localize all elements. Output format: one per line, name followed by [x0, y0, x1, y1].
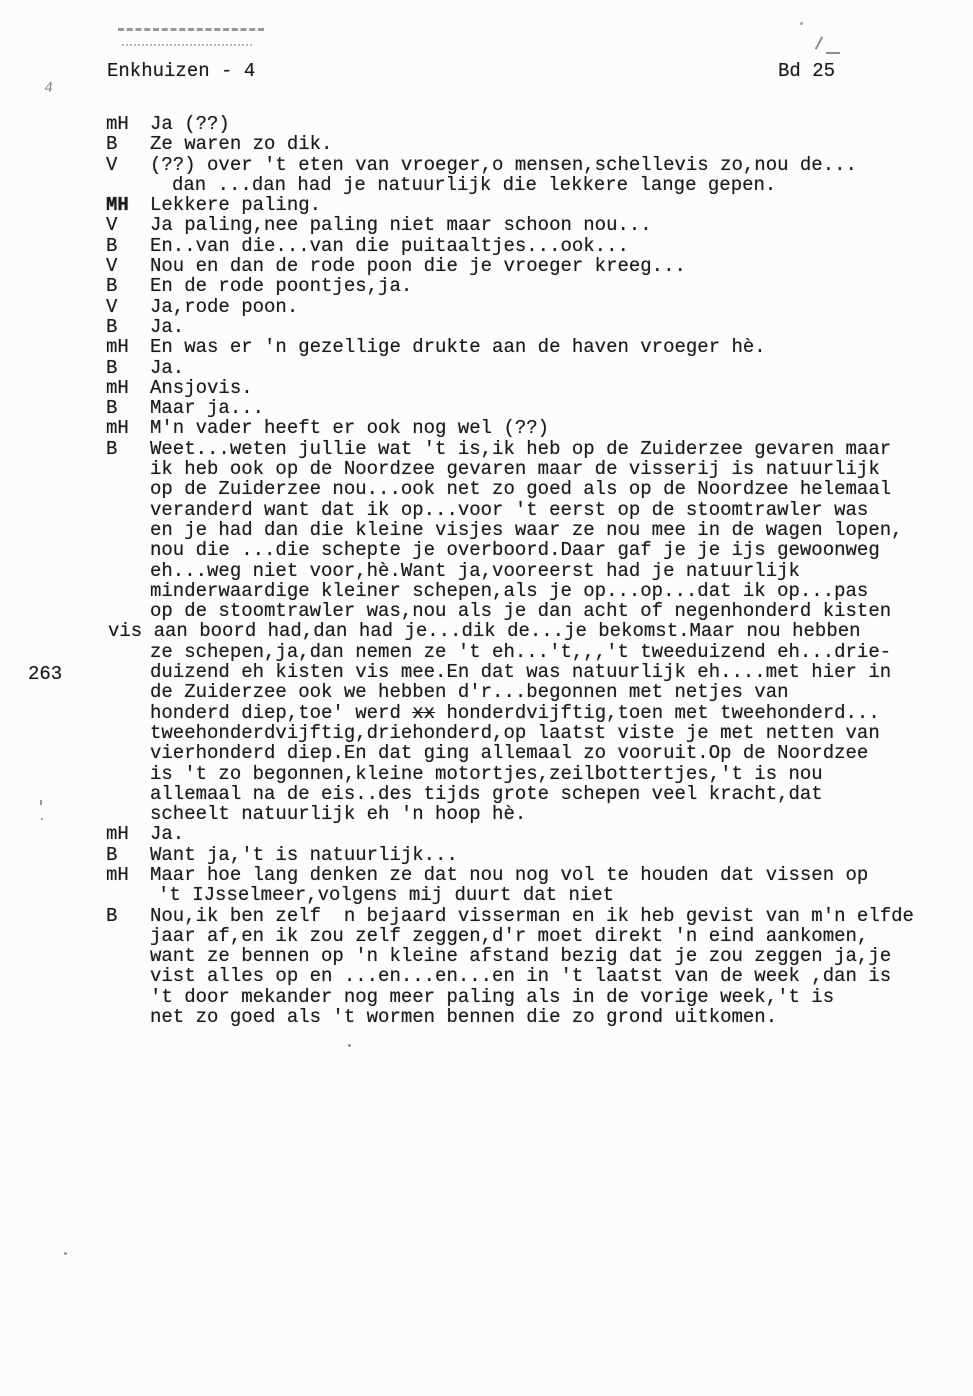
line-text: nou die ...die schepte je overboord.Daar… [150, 539, 880, 561]
line-text: En..van die...van die puitaaltjes...ook.… [150, 235, 629, 257]
line-text: veranderd want dat ik op...voor 't eerst… [150, 499, 868, 521]
transcript-line: en je had dan die kleine visjes waar ze … [0, 520, 973, 540]
line-text: Ze waren zo dik. [150, 133, 332, 155]
transcript-body: mHJa (??)BZe waren zo dik.V(??) over 't … [0, 114, 973, 1027]
transcript-line: jaar af,en ik zou zelf zeggen,d'r moet d… [0, 926, 973, 946]
line-text: want ze bennen op 'n kleine afstand bezi… [150, 945, 891, 967]
page-margin-number: 263 [28, 664, 62, 684]
line-text: net zo goed als 't wormen bennen die zo … [150, 1006, 777, 1028]
scan-artifact-smudge [118, 28, 264, 31]
speaker-code: mH [106, 114, 150, 134]
line-text: Want ja,'t is natuurlijk... [150, 844, 458, 866]
speaker-code: B [106, 398, 150, 418]
transcript-line: VNou en dan de rode poon die je vroeger … [0, 256, 973, 276]
transcript-line: VJa,rode poon. [0, 297, 973, 317]
line-text: duizend eh kisten vis mee.En dat was nat… [150, 661, 891, 683]
page-title: Enkhuizen - 4 [107, 60, 255, 82]
speaker-code: B [106, 358, 150, 378]
transcript-line: BWant ja,'t is natuurlijk... [0, 845, 973, 865]
line-text: vist alles op en ...en...en...en in 't l… [150, 965, 891, 987]
transcript-line: dan ...dan had je natuurlijk die lekkere… [0, 175, 973, 195]
line-text: op de Zuiderzee nou...ook net zo goed al… [150, 478, 891, 500]
volume-label: Bd 25 [778, 60, 835, 82]
transcript-line: minderwaardige kleiner schepen,als je op… [0, 581, 973, 601]
line-text: (??) over 't eten van vroeger,o mensen,s… [150, 154, 857, 176]
transcript-line: vis aan boord had,dan had je...dik de...… [0, 621, 973, 641]
scan-artifact-speck [64, 1252, 67, 1255]
line-text: M'n vader heeft er ook nog wel (??) [150, 417, 549, 439]
transcript-line: BJa. [0, 317, 973, 337]
transcript-line: BWeet...weten jullie wat 't is,ik heb op… [0, 439, 973, 459]
line-text: Nou,ik ben zelf n bejaard visserman en i… [150, 905, 914, 927]
speaker-code: B [106, 439, 150, 459]
handwritten-margin-note: 4 [43, 80, 54, 97]
speaker-code: V [106, 256, 150, 276]
line-text: jaar af,en ik zou zelf zeggen,d'r moet d… [150, 925, 868, 947]
transcript-line: BZe waren zo dik. [0, 134, 973, 154]
speaker-code: mH [106, 865, 150, 885]
line-text: allemaal na de eis..des tijds grote sche… [150, 783, 823, 805]
speaker-code: B [106, 845, 150, 865]
transcript-line: mHJa. [0, 824, 973, 844]
transcript-line: mHM'n vader heeft er ook nog wel (??) [0, 418, 973, 438]
transcript-line: is 't zo begonnen,kleine motortjes,zeilb… [0, 764, 973, 784]
transcript-line: ze schepen,ja,dan nemen ze 't eh...'t,,,… [0, 642, 973, 662]
line-text: 't IJsselmeer,volgens mij duurt dat niet [158, 884, 614, 906]
line-text: ik heb ook op de Noordzee gevaren maar d… [150, 458, 880, 480]
line-text: En de rode poontjes,ja. [150, 275, 412, 297]
line-text: dan ...dan had je natuurlijk die lekkere… [172, 174, 776, 196]
line-text: Weet...weten jullie wat 't is,ik heb op … [150, 438, 891, 460]
line-text: minderwaardige kleiner schepen,als je op… [150, 580, 868, 602]
transcript-line: allemaal na de eis..des tijds grote sche… [0, 784, 973, 804]
line-text: Ja. [150, 316, 184, 338]
transcript-line: scheelt natuurlijk eh 'n hoop hè. [0, 804, 973, 824]
line-text: Ja. [150, 357, 184, 379]
transcript-line: op de Zuiderzee nou...ook net zo goed al… [0, 479, 973, 499]
line-text: de Zuiderzee ook we hebben d'r...begonne… [150, 681, 789, 703]
transcript-line: BJa. [0, 358, 973, 378]
document-page: Enkhuizen - 4 Bd 25 4 mHJa (??)BZe waren… [0, 0, 973, 1396]
line-text: tweehonderdvijftig,driehonderd,op laatst… [150, 722, 880, 744]
transcript-line: BNou,ik ben zelf n bejaard visserman en … [0, 906, 973, 926]
speaker-code: mH [106, 378, 150, 398]
transcript-line: vist alles op en ...en...en...en in 't l… [0, 966, 973, 986]
transcript-line: BMaar ja... [0, 398, 973, 418]
line-text: honderd diep,toe' werd xx honderdvijftig… [150, 702, 880, 724]
transcript-line: mHAnsjovis. [0, 378, 973, 398]
line-text: 't door mekander nog meer paling als in … [150, 986, 834, 1008]
line-text: Ja (??) [150, 113, 230, 135]
line-text: vierhonderd diep.En dat ging allemaal zo… [150, 742, 868, 764]
line-text: scheelt natuurlijk eh 'n hoop hè. [150, 803, 526, 825]
line-text: Ansjovis. [150, 377, 253, 399]
line-text: eh...weg niet voor,hè.Want ja,vooreerst … [150, 560, 800, 582]
line-text: Nou en dan de rode poon die je vroeger k… [150, 255, 686, 277]
transcript-line: tweehonderdvijftig,driehonderd,op laatst… [0, 723, 973, 743]
transcript-line: MHLekkere paling. [0, 195, 973, 215]
transcript-line: ik heb ook op de Noordzee gevaren maar d… [0, 459, 973, 479]
transcript-line: V(??) over 't eten van vroeger,o mensen,… [0, 155, 973, 175]
line-text: Ja. [150, 823, 184, 845]
line-text: vis aan boord had,dan had je...dik de...… [108, 620, 861, 642]
line-text: op de stoomtrawler was,nou als je dan ac… [150, 600, 891, 622]
transcript-line: mHMaar hoe lang denken ze dat nou nog vo… [0, 865, 973, 885]
line-text: Lekkere paling. [150, 194, 321, 216]
line-text: Ja,rode poon. [150, 296, 298, 318]
transcript-line: de Zuiderzee ook we hebben d'r...begonne… [0, 682, 973, 702]
speaker-code: mH [106, 418, 150, 438]
transcript-line: 263duizend eh kisten vis mee.En dat was … [0, 662, 973, 682]
transcript-line: net zo goed als 't wormen bennen die zo … [0, 1007, 973, 1027]
transcript-line: op de stoomtrawler was,nou als je dan ac… [0, 601, 973, 621]
struck-text: xx [412, 702, 435, 724]
line-text: En was er 'n gezellige drukte aan de hav… [150, 336, 766, 358]
speaker-code: B [106, 906, 150, 926]
scan-artifact-mark [800, 22, 803, 25]
transcript-line: mHJa (??) [0, 114, 973, 134]
scan-artifact-mark [815, 36, 823, 49]
scan-artifact-speck [348, 1044, 351, 1047]
speaker-code: mH [106, 824, 150, 844]
speaker-code: B [106, 276, 150, 296]
line-text: ze schepen,ja,dan nemen ze 't eh...'t,,,… [150, 641, 891, 663]
speaker-code: V [106, 297, 150, 317]
speaker-code: V [106, 155, 150, 175]
scan-artifact-smudge [122, 44, 252, 46]
line-text: Maar hoe lang denken ze dat nou nog vol … [150, 864, 868, 886]
speaker-code: B [106, 134, 150, 154]
speaker-code: mH [106, 337, 150, 357]
speaker-code: B [106, 317, 150, 337]
transcript-line: mHEn was er 'n gezellige drukte aan de h… [0, 337, 973, 357]
transcript-line: eh...weg niet voor,hè.Want ja,vooreerst … [0, 561, 973, 581]
line-text: Ja paling,nee paling niet maar schoon no… [150, 214, 652, 236]
scan-artifact-mark [826, 52, 840, 54]
line-text: is 't zo begonnen,kleine motortjes,zeilb… [150, 763, 823, 785]
transcript-line: honderd diep,toe' werd xx honderdvijftig… [0, 703, 973, 723]
transcript-line: BEn..van die...van die puitaaltjes...ook… [0, 236, 973, 256]
line-text: Maar ja... [150, 397, 264, 419]
transcript-line: BEn de rode poontjes,ja. [0, 276, 973, 296]
transcript-line: nou die ...die schepte je overboord.Daar… [0, 540, 973, 560]
transcript-line: VJa paling,nee paling niet maar schoon n… [0, 215, 973, 235]
transcript-line: veranderd want dat ik op...voor 't eerst… [0, 500, 973, 520]
transcript-line: 't door mekander nog meer paling als in … [0, 987, 973, 1007]
speaker-code: MH [106, 195, 150, 215]
transcript-line: want ze bennen op 'n kleine afstand bezi… [0, 946, 973, 966]
transcript-line: 't IJsselmeer,volgens mij duurt dat niet [0, 885, 973, 905]
speaker-code: V [106, 215, 150, 235]
speaker-code: B [106, 236, 150, 256]
transcript-line: vierhonderd diep.En dat ging allemaal zo… [0, 743, 973, 763]
line-text: en je had dan die kleine visjes waar ze … [150, 519, 903, 541]
